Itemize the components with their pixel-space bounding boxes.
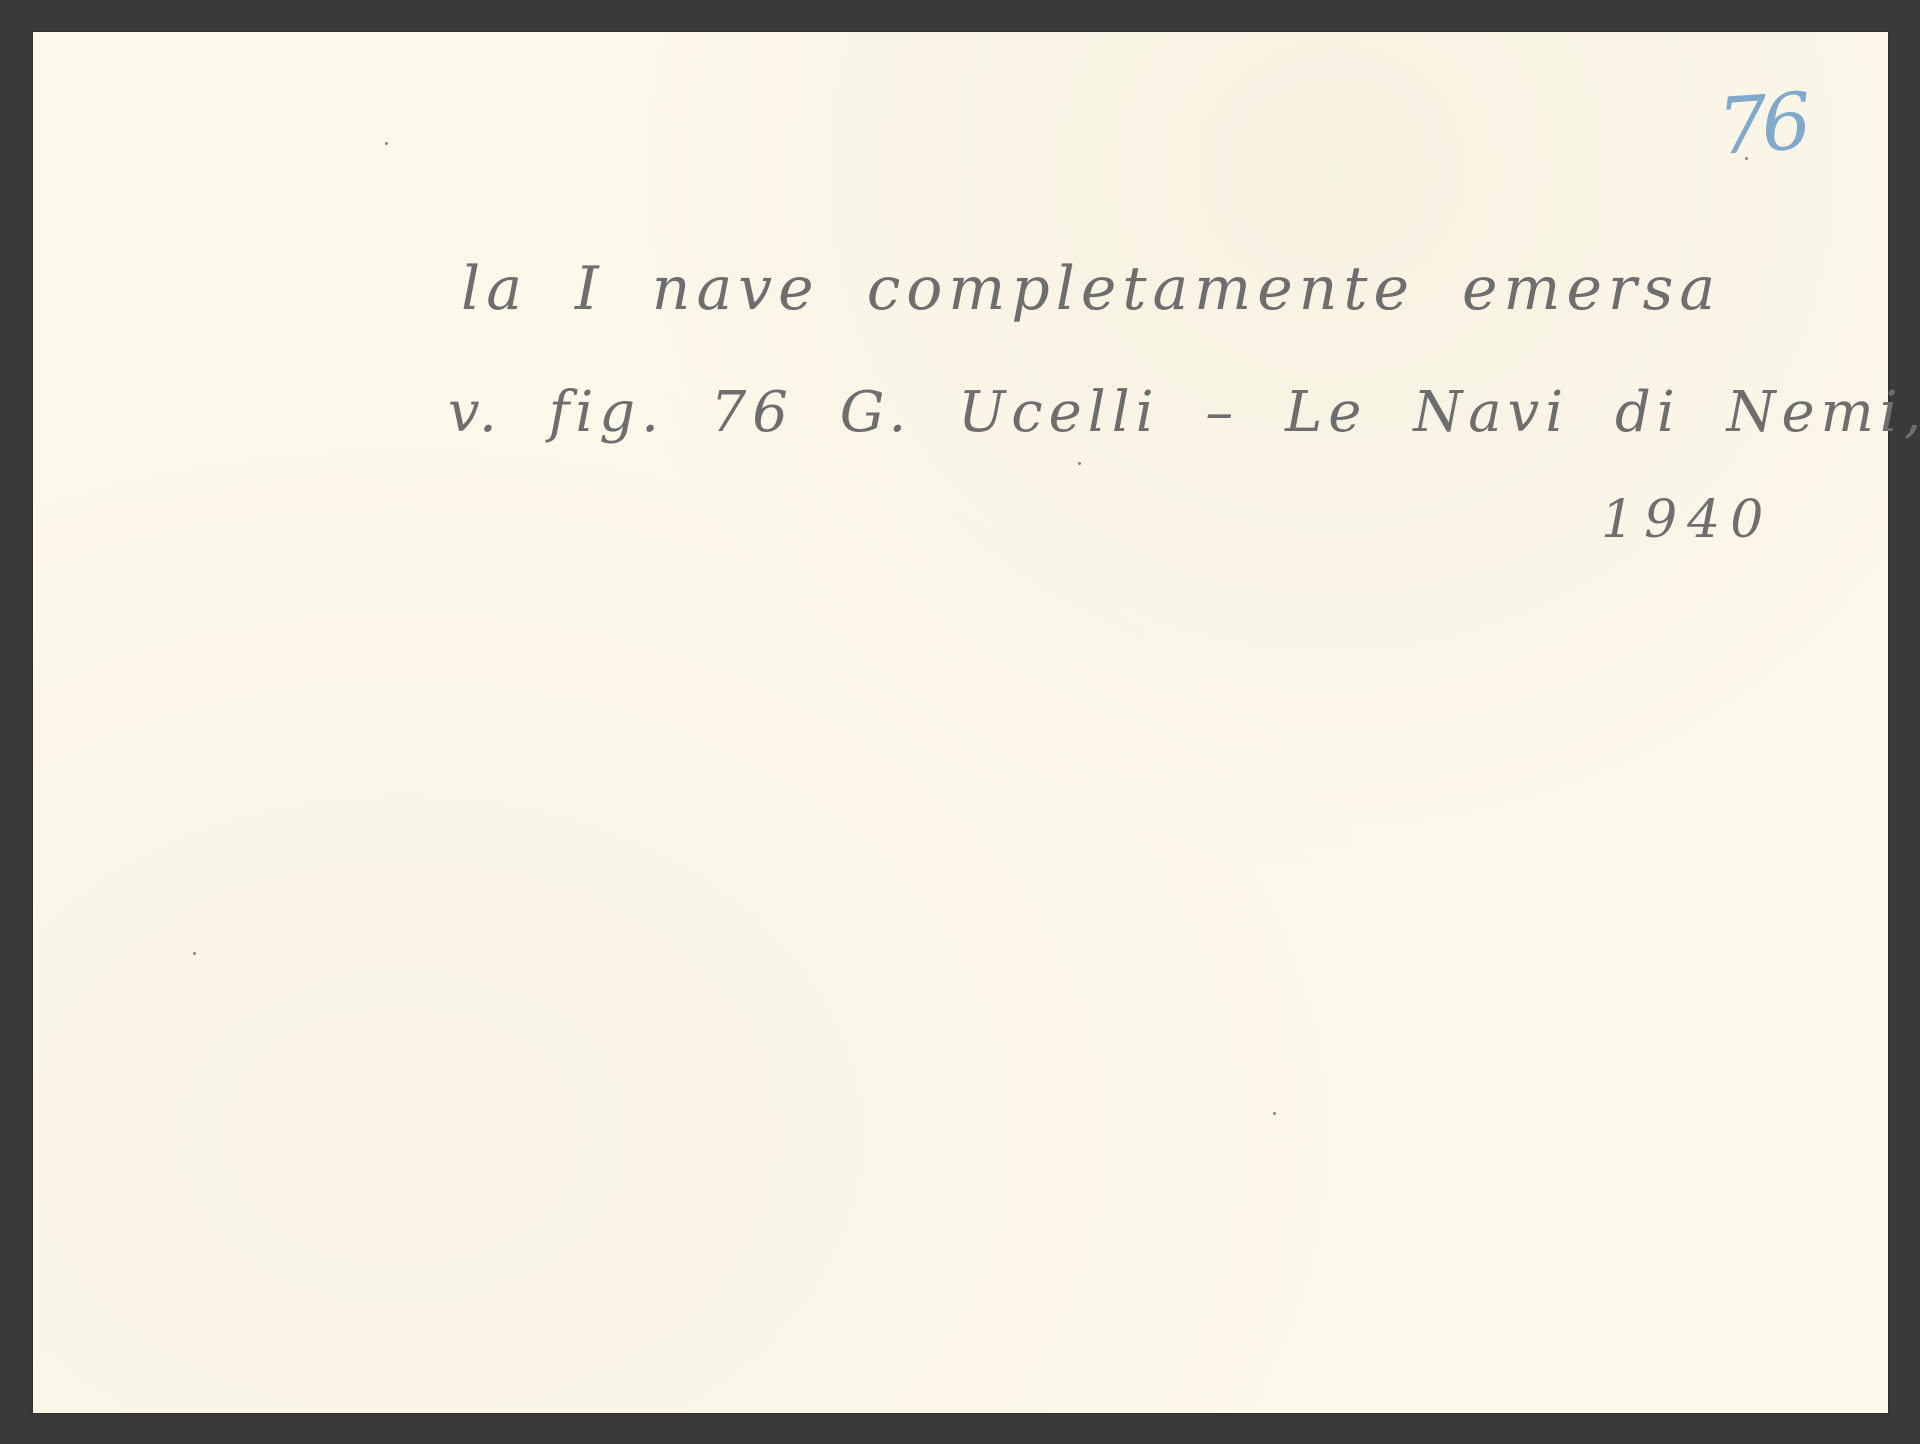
photo-card-verso: 76 la I nave completamente emersa v. fig… bbox=[33, 32, 1888, 1413]
paper-speck bbox=[1745, 157, 1748, 160]
handwritten-caption-line-1: la I nave completamente emersa bbox=[461, 254, 1721, 324]
handwritten-caption-year: 1940 bbox=[1601, 490, 1773, 550]
paper-speck bbox=[1273, 1112, 1276, 1115]
handwritten-caption-line-2: v. fig. 76 G. Ucelli – Le Navi di Nemi, bbox=[448, 380, 1920, 445]
paper-speck bbox=[1078, 462, 1081, 465]
archive-number-annotation: 76 bbox=[1715, 77, 1808, 173]
paper-speck bbox=[193, 952, 196, 955]
paper-speck bbox=[385, 142, 388, 145]
